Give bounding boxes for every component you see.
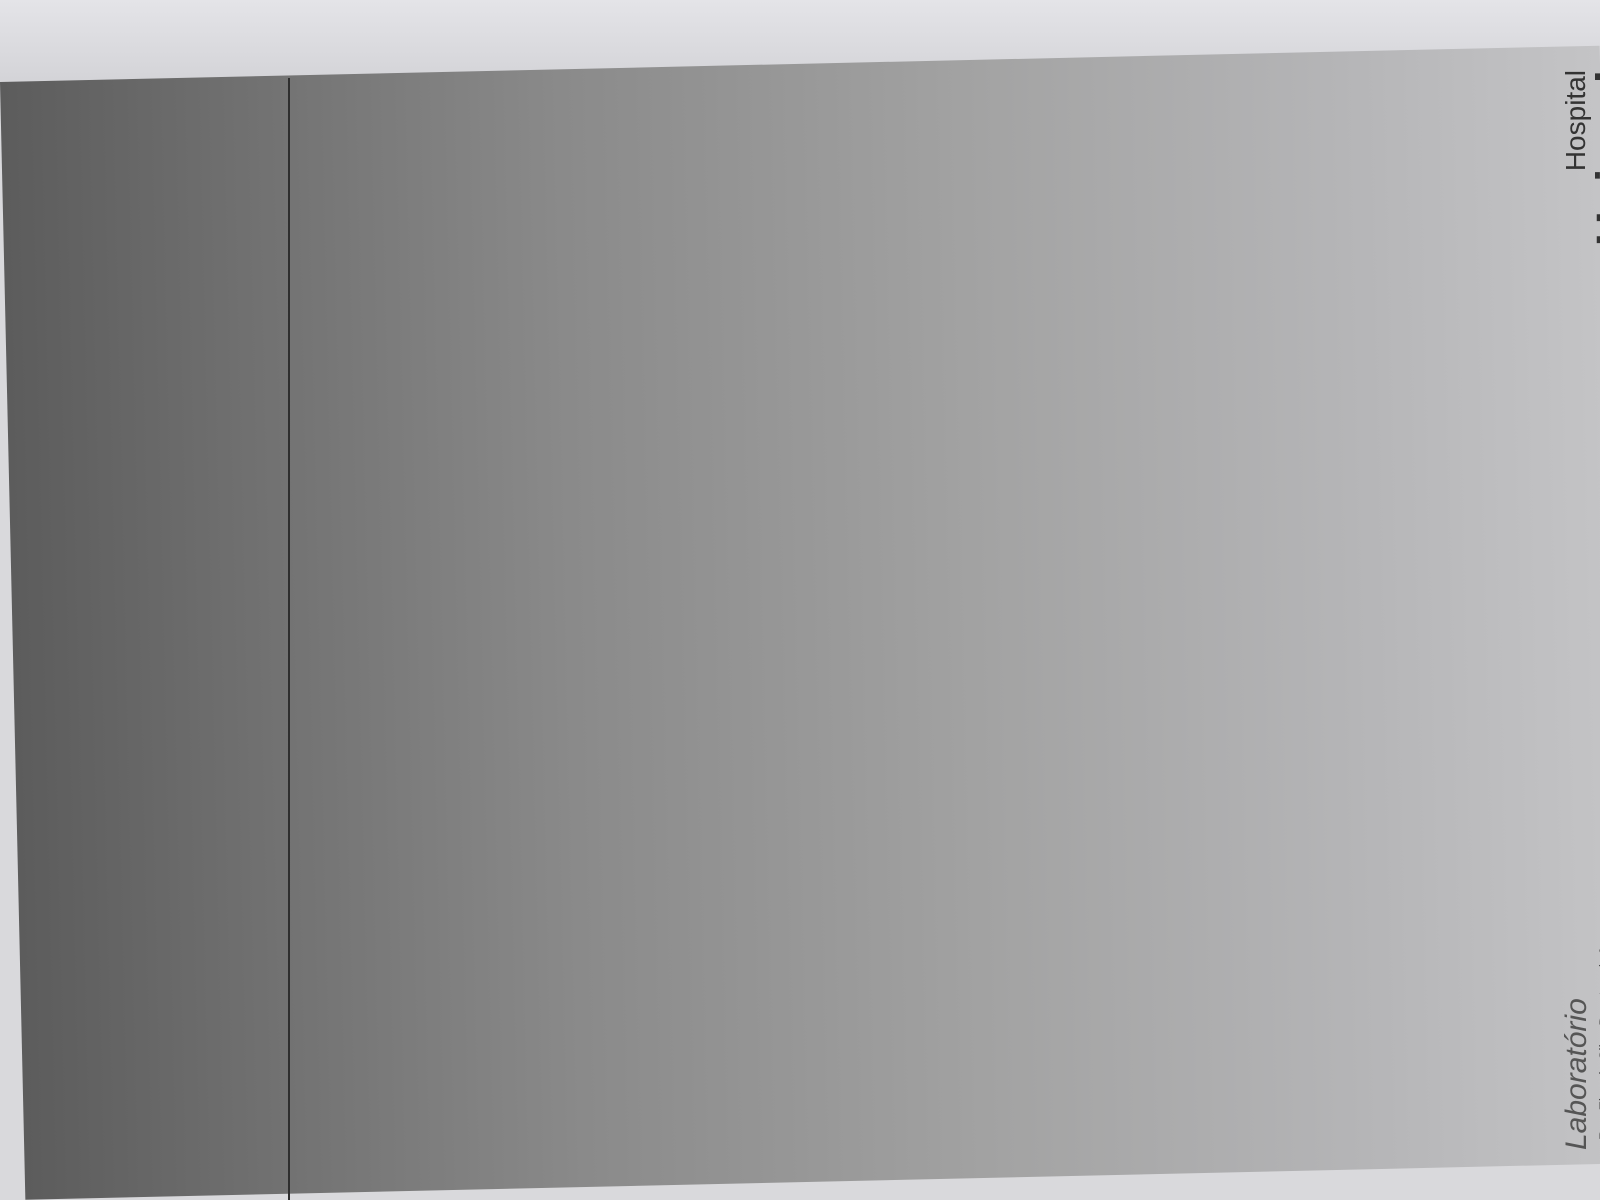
paper-fold-line <box>288 78 290 1200</box>
hospital-logo: Hospital Unimed Resende <box>1560 70 1600 246</box>
paper-shadow <box>0 46 1600 1200</box>
address-line-1: Rua Elza da Silva Duarte, s/ nº <box>1596 889 1600 1140</box>
lab-address: Rua Elza da Silva Duarte, s/ nº Manejo -… <box>1596 889 1600 1140</box>
lab-report-document: Laboratório Rua Elza da Silva Duarte, s/… <box>1560 70 1600 1150</box>
report-header: Laboratório Rua Elza da Silva Duarte, s/… <box>1560 70 1600 1150</box>
hospital-line-2: Unimed <box>1592 70 1600 246</box>
lab-logo: Laboratório <box>1560 998 1594 1150</box>
